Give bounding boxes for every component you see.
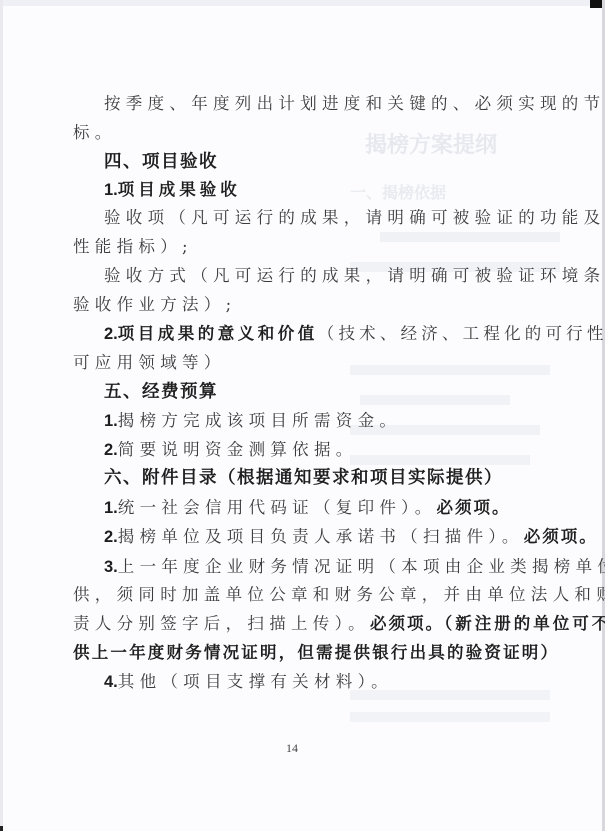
page-number: 14 (286, 741, 298, 756)
scan-left-edge (0, 0, 3, 831)
paragraph-line: 供，须同时加盖单位公章和财务公章，并由单位法人和财务负 (73, 585, 605, 605)
subsection-heading-4-1: 1.项目成果验收 (104, 180, 241, 200)
bleed-through-line (350, 455, 530, 465)
paragraph-line: 验收项（凡可运行的成果，请明确可被验证的功能及相关 (104, 208, 605, 228)
note-text: 供上一年度财务情况证明，但需提供银行出具的验资证明） (73, 643, 559, 663)
item-text: 上一年度企业财务情况证明（本项由企业类揭榜单位提 (118, 557, 605, 576)
item-number: 2. (104, 528, 118, 546)
item-text: 简要说明资金测算依据。 (118, 440, 358, 459)
list-item: 2.简要说明资金测算依据。 (104, 440, 358, 460)
item-text: 统一社会信用代码证（复印件）。 (118, 498, 437, 517)
section-heading-6: 六、附件目录（根据通知要求和项目实际提供） (104, 468, 503, 488)
bleed-through-line (350, 712, 550, 722)
paragraph-line: 标。 (73, 123, 117, 143)
item-text: 其他（项目支撑有关材料）。 (118, 672, 393, 691)
required-marker: 必须项。 (370, 614, 444, 633)
item-number: 1. (104, 412, 118, 430)
paragraph-line: 验收方式（凡可运行的成果，请明确可被验证环境条件及 (104, 266, 605, 286)
scan-top-edge (0, 0, 590, 6)
document-page: 揭榜方案提纲 一、揭榜依据 按季度、年度列出计划进度和关键的、必须实现的节点目 … (0, 0, 605, 831)
item-number: 1. (104, 499, 118, 517)
list-item: 1.统一社会信用代码证（复印件）。必须项。 (104, 498, 511, 518)
subsection-title: 项目成果验收 (118, 180, 241, 199)
item-number: 1. (104, 181, 118, 199)
section-heading-4: 四、项目验收 (104, 152, 218, 172)
bleed-through-line (380, 232, 560, 242)
paragraph-line: 可应用领域等） (73, 353, 226, 373)
paragraph-line: 责人分别签字后，扫描上传）。必须项。（新注册的单位可不提 (73, 614, 605, 634)
item-number: 2. (104, 325, 118, 343)
item-number: 2. (104, 441, 118, 459)
list-item: 2.揭榜单位及项目负责人承诺书（扫描件）。必须项。 (104, 527, 598, 547)
item-number: 3. (104, 558, 118, 576)
scan-corner-mark-bottom (0, 826, 3, 831)
bleed-through-line (350, 365, 550, 375)
required-marker: 必须项。 (524, 527, 598, 546)
bleed-through-line (360, 395, 510, 405)
section-heading-5: 五、经费预算 (104, 382, 218, 402)
paragraph-line: 性能指标）; (73, 237, 193, 257)
paragraph-line: 按季度、年度列出计划进度和关键的、必须实现的节点目 (104, 94, 605, 114)
item-number: 4. (104, 673, 118, 691)
bleed-through-heading: 一、揭榜依据 (350, 180, 446, 203)
list-item: 4.其他（项目支撑有关材料）。 (104, 672, 393, 692)
item-text: 揭榜方完成该项目所需资金。 (118, 411, 401, 430)
note-text: （新注册的单位可不提 (444, 614, 605, 633)
subsection-desc: （技术、经济、工程化的可行性、 (318, 324, 605, 343)
subsection-4-2: 2.项目成果的意义和价值（技术、经济、工程化的可行性、 (104, 324, 605, 344)
item-text: 揭榜单位及项目负责人承诺书（扫描件）。 (118, 527, 524, 546)
required-marker: 必须项。 (437, 498, 511, 517)
bleed-through-title: 揭榜方案提纲 (365, 128, 497, 159)
list-item: 3.上一年度企业财务情况证明（本项由企业类揭榜单位提 (104, 557, 605, 577)
subsection-title: 项目成果的意义和价值 (118, 324, 318, 343)
list-item: 1.揭榜方完成该项目所需资金。 (104, 411, 401, 431)
paragraph-line: 验收作业方法）; (73, 295, 236, 315)
item-text: 责人分别签字后，扫描上传）。 (73, 614, 370, 633)
